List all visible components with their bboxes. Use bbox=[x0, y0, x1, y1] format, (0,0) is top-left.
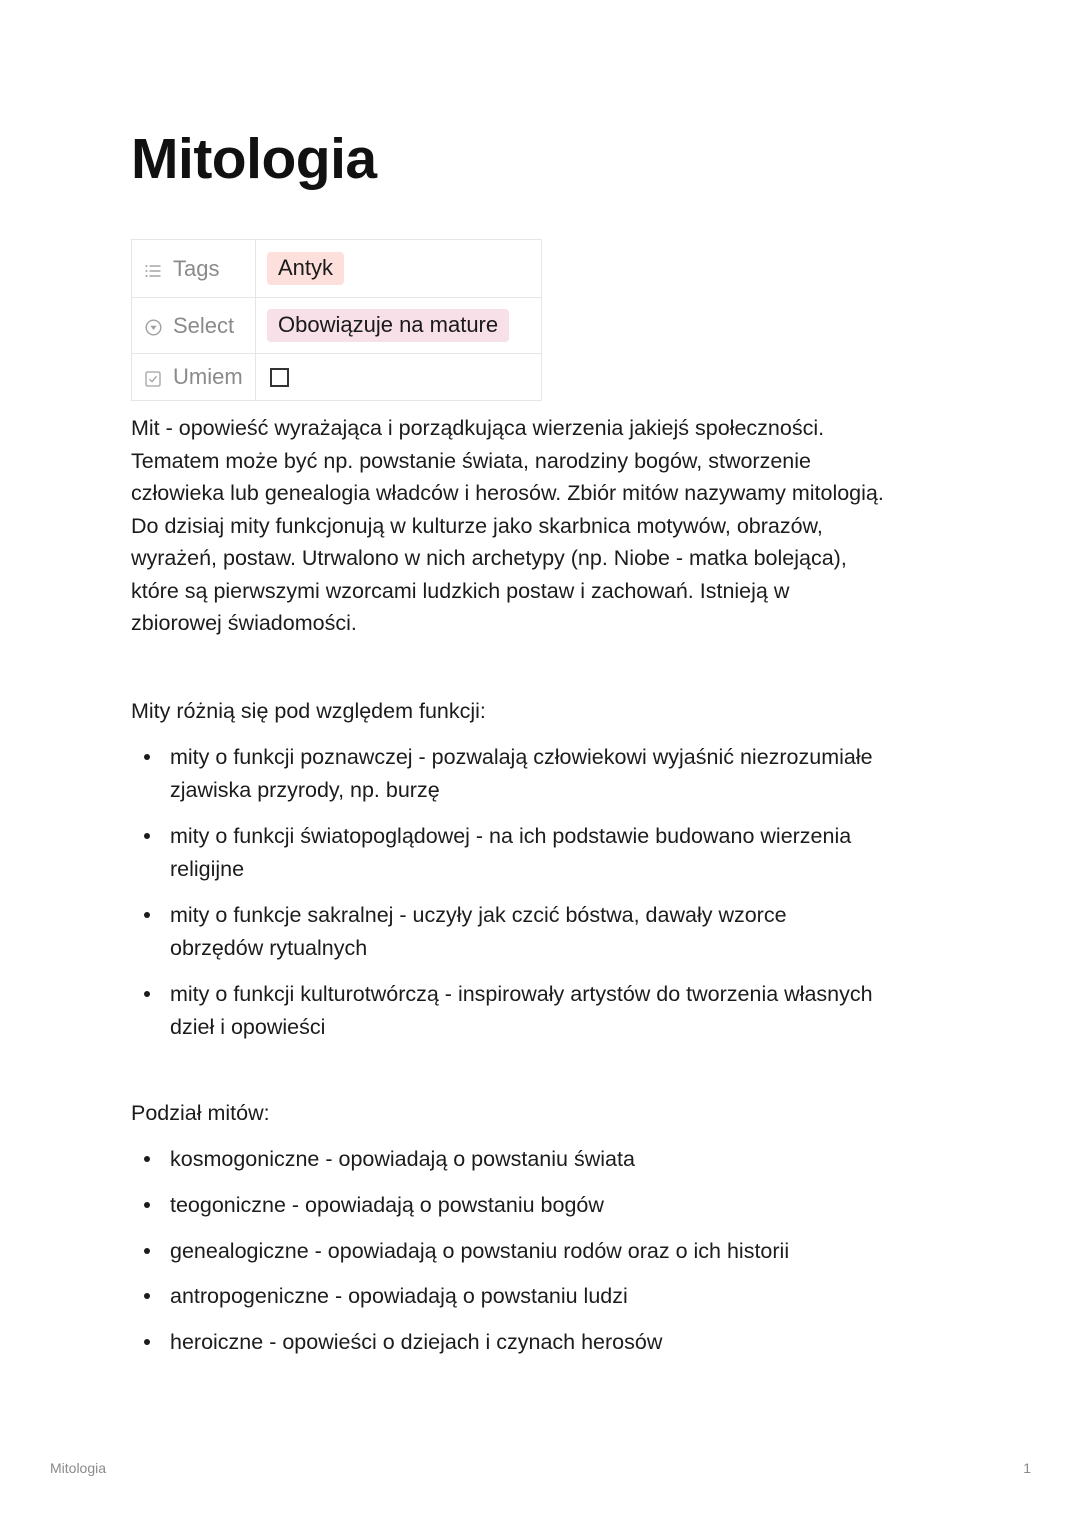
functions-heading: Mity różnią się pod względem funkcji: bbox=[131, 695, 486, 727]
property-value-cell[interactable]: Antyk bbox=[256, 240, 542, 298]
property-row-umiem: Umiem bbox=[132, 354, 542, 401]
list-item: mity o funkcje sakralnej - uczyły jak cz… bbox=[131, 899, 961, 964]
intro-line: Tematem może być np. powstanie świata, n… bbox=[131, 445, 961, 478]
list-item-text: mity o funkcji poznawczej - pozwalają cz… bbox=[170, 741, 961, 774]
list-item-text: obrzędów rytualnych bbox=[170, 932, 961, 965]
list-item-text: mity o funkcje sakralnej - uczyły jak cz… bbox=[170, 899, 961, 932]
list-item-text: teogoniczne - opowiadają o powstaniu bog… bbox=[170, 1189, 961, 1222]
list-item: teogoniczne - opowiadają o powstaniu bog… bbox=[131, 1189, 961, 1222]
list-item-text: genealogiczne - opowiadają o powstaniu r… bbox=[170, 1235, 961, 1268]
bullet-icon bbox=[144, 1248, 150, 1254]
intro-line: Do dzisiaj mity funkcjonują w kulturze j… bbox=[131, 510, 961, 543]
list-item: mity o funkcji kulturotwórczą - inspirow… bbox=[131, 978, 961, 1043]
intro-paragraph: Mit - opowieść wyrażająca i porządkująca… bbox=[131, 412, 961, 640]
list-item-text: heroiczne - opowieści o dziejach i czyna… bbox=[170, 1326, 961, 1359]
division-heading: Podział mitów: bbox=[131, 1097, 270, 1129]
property-label: Umiem bbox=[173, 364, 243, 390]
umiem-checkbox[interactable] bbox=[270, 368, 289, 387]
property-label-cell: Umiem bbox=[132, 354, 256, 401]
bullet-icon bbox=[144, 833, 150, 839]
list-item: genealogiczne - opowiadają o powstaniu r… bbox=[131, 1235, 961, 1268]
list-item-text: dzieł i opowieści bbox=[170, 1011, 961, 1044]
list-item-text: antropogeniczne - opowiadają o powstaniu… bbox=[170, 1280, 961, 1313]
intro-line: zbiorowej świadomości. bbox=[131, 607, 961, 640]
functions-list: mity o funkcji poznawczej - pozwalają cz… bbox=[131, 741, 961, 1057]
bullet-icon bbox=[144, 912, 150, 918]
property-label: Select bbox=[173, 313, 234, 339]
intro-line: Mit - opowieść wyrażająca i porządkująca… bbox=[131, 412, 961, 445]
page-title: Mitologia bbox=[131, 128, 377, 191]
property-value-cell[interactable] bbox=[256, 354, 542, 401]
select-chip[interactable]: Obowiązuje na mature bbox=[267, 309, 509, 342]
list-item: heroiczne - opowieści o dziejach i czyna… bbox=[131, 1326, 961, 1359]
list-item: kosmogoniczne - opowiadają o powstaniu ś… bbox=[131, 1143, 961, 1176]
list-item: mity o funkcji poznawczej - pozwalają cz… bbox=[131, 741, 961, 806]
division-list: kosmogoniczne - opowiadają o powstaniu ś… bbox=[131, 1143, 961, 1372]
property-label-cell: Select bbox=[132, 298, 256, 354]
properties-table: Tags Antyk Select Obowiązuje na bbox=[131, 239, 542, 401]
bullet-icon bbox=[144, 1339, 150, 1345]
property-row-select: Select Obowiązuje na mature bbox=[132, 298, 542, 354]
list-item-text: kosmogoniczne - opowiadają o powstaniu ś… bbox=[170, 1143, 961, 1176]
checkbox-icon bbox=[144, 370, 162, 388]
intro-line: człowieka lub genealogia władców i heros… bbox=[131, 477, 961, 510]
bullet-icon bbox=[144, 1202, 150, 1208]
property-label: Tags bbox=[173, 256, 219, 282]
bullet-icon bbox=[144, 1156, 150, 1162]
list-icon bbox=[144, 262, 162, 280]
intro-line: które są pierwszymi wzorcami ludzkich po… bbox=[131, 575, 961, 608]
intro-line: wyrażeń, postaw. Utrwalono w nich archet… bbox=[131, 542, 961, 575]
list-item: antropogeniczne - opowiadają o powstaniu… bbox=[131, 1280, 961, 1313]
select-icon bbox=[144, 319, 162, 337]
bullet-icon bbox=[144, 991, 150, 997]
bullet-icon bbox=[144, 1293, 150, 1299]
footer-document-name: Mitologia bbox=[50, 1460, 106, 1476]
list-item-text: religijne bbox=[170, 853, 961, 886]
list-item-text: zjawiska przyrody, np. burzę bbox=[170, 774, 961, 807]
list-item-text: mity o funkcji kulturotwórczą - inspirow… bbox=[170, 978, 961, 1011]
property-value-cell[interactable]: Obowiązuje na mature bbox=[256, 298, 542, 354]
property-row-tags: Tags Antyk bbox=[132, 240, 542, 298]
tag-chip[interactable]: Antyk bbox=[267, 252, 344, 285]
footer-page-number: 1 bbox=[1023, 1460, 1031, 1476]
list-item: mity o funkcji światopoglądowej - na ich… bbox=[131, 820, 961, 885]
bullet-icon bbox=[144, 754, 150, 760]
property-label-cell: Tags bbox=[132, 240, 256, 298]
list-item-text: mity o funkcji światopoglądowej - na ich… bbox=[170, 820, 961, 853]
